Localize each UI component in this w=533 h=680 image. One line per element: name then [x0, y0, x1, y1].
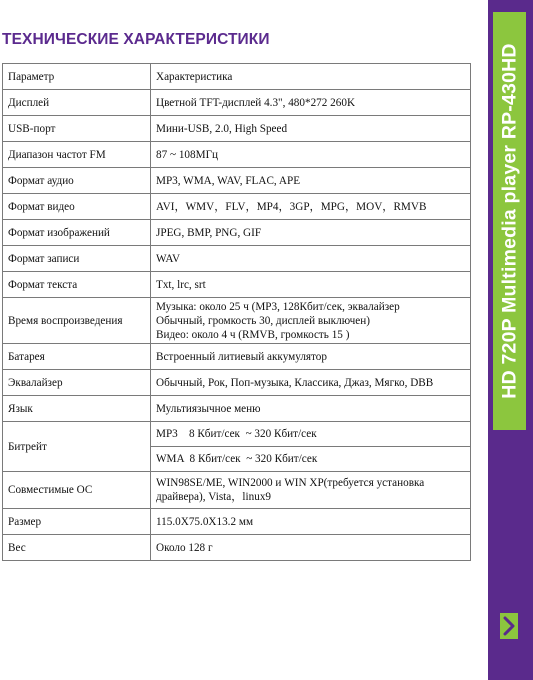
table-row: Формат текста Txt, lrc, srt	[3, 272, 471, 298]
value-line: Обычный, громкость 30, дисплей выключен)	[156, 314, 465, 328]
table-row: Эквалайзер Обычный, Рок, Поп-музыка, Кла…	[3, 370, 471, 396]
param-cell: USB-порт	[3, 116, 151, 142]
param-cell: Формат текста	[3, 272, 151, 298]
value-cell: MP3, WMA, WAV, FLAC, APE	[151, 168, 471, 194]
value-line: Музыка: около 25 ч (MP3, 128Кбит/сек, эк…	[156, 300, 465, 314]
param-cell: Диапазон частот FM	[3, 142, 151, 168]
chevron-right-icon	[502, 615, 516, 637]
value-cell: 87 ~ 108МГц	[151, 142, 471, 168]
param-cell: Эквалайзер	[3, 370, 151, 396]
value-cell: Музыка: около 25 ч (MP3, 128Кбит/сек, эк…	[151, 298, 471, 344]
product-title-strip: HD 720P Multimedia player RP-430HD	[493, 12, 526, 430]
param-cell: Батарея	[3, 344, 151, 370]
table-row: Формат изображений JPEG, BMP, PNG, GIF	[3, 220, 471, 246]
table-row: Совместимые ОС WIN98SE/ME, WIN2000 и WIN…	[3, 472, 471, 509]
param-cell: Формат изображений	[3, 220, 151, 246]
table-row: USB-порт Мини-USB, 2.0, High Speed	[3, 116, 471, 142]
table-row: Батарея Встроенный литиевый аккумулятор	[3, 344, 471, 370]
value-cell: JPEG, BMP, PNG, GIF	[151, 220, 471, 246]
value-cell: Мультиязычное меню	[151, 396, 471, 422]
table-row: Дисплей Цветной TFT-дисплей 4.3", 480*27…	[3, 90, 471, 116]
value-line: Видео: около 4 ч (RMVB, громкость 15 )	[156, 328, 465, 342]
param-cell: Язык	[3, 396, 151, 422]
table-row: Время воспроизведения Музыка: около 25 ч…	[3, 298, 471, 344]
param-cell: Размер	[3, 509, 151, 535]
value-cell: Txt, lrc, srt	[151, 272, 471, 298]
next-page-button[interactable]	[500, 613, 518, 639]
table-row: Язык Мультиязычное меню	[3, 396, 471, 422]
header-value: Характеристика	[151, 64, 471, 90]
table-row: Формат видео AVI，WMV，FLV，MP4，3GP，MPG，MOV…	[3, 194, 471, 220]
value-cell: Обычный, Рок, Поп-музыка, Классика, Джаз…	[151, 370, 471, 396]
param-cell: Вес	[3, 535, 151, 561]
table-row: Формат аудио MP3, WMA, WAV, FLAC, APE	[3, 168, 471, 194]
value-cell: WIN98SE/ME, WIN2000 и WIN XP(требуется у…	[151, 472, 471, 509]
value-cell: MP3 8 Кбит/сек ~ 320 Кбит/сек	[151, 422, 471, 447]
value-cell: WAV	[151, 246, 471, 272]
value-cell: 115.0X75.0X13.2 мм	[151, 509, 471, 535]
param-cell: Совместимые ОС	[3, 472, 151, 509]
param-cell: Битрейт	[3, 422, 151, 472]
param-cell: Формат видео	[3, 194, 151, 220]
table-row: Формат записи WAV	[3, 246, 471, 272]
value-line: драйвера), Vista，linux9	[156, 490, 465, 504]
value-cell: AVI，WMV，FLV，MP4，3GP，MPG，MOV，RMVB	[151, 194, 471, 220]
value-cell: Цветной TFT-дисплей 4.3", 480*272 260K	[151, 90, 471, 116]
value-cell: Встроенный литиевый аккумулятор	[151, 344, 471, 370]
param-cell: Время воспроизведения	[3, 298, 151, 344]
product-title: HD 720P Multimedia player RP-430HD	[498, 43, 521, 398]
value-cell: Мини-USB, 2.0, High Speed	[151, 116, 471, 142]
param-cell: Дисплей	[3, 90, 151, 116]
param-cell: Формат аудио	[3, 168, 151, 194]
table-row: Битрейт MP3 8 Кбит/сек ~ 320 Кбит/сек	[3, 422, 471, 447]
value-line: WIN98SE/ME, WIN2000 и WIN XP(требуется у…	[156, 476, 465, 490]
sidebar-band: HD 720P Multimedia player RP-430HD	[488, 0, 533, 680]
table-row: Диапазон частот FM 87 ~ 108МГц	[3, 142, 471, 168]
value-cell: Около 128 г	[151, 535, 471, 561]
param-cell: Формат записи	[3, 246, 151, 272]
table-row: Вес Около 128 г	[3, 535, 471, 561]
spec-table: Параметр Характеристика Дисплей Цветной …	[2, 63, 471, 561]
header-param: Параметр	[3, 64, 151, 90]
value-cell: WMA 8 Кбит/сек ~ 320 Кбит/сек	[151, 447, 471, 472]
table-row: Размер 115.0X75.0X13.2 мм	[3, 509, 471, 535]
table-header-row: Параметр Характеристика	[3, 64, 471, 90]
page-title: ТЕХНИЧЕСКИЕ ХАРАКТЕРИСТИКИ	[2, 31, 270, 49]
